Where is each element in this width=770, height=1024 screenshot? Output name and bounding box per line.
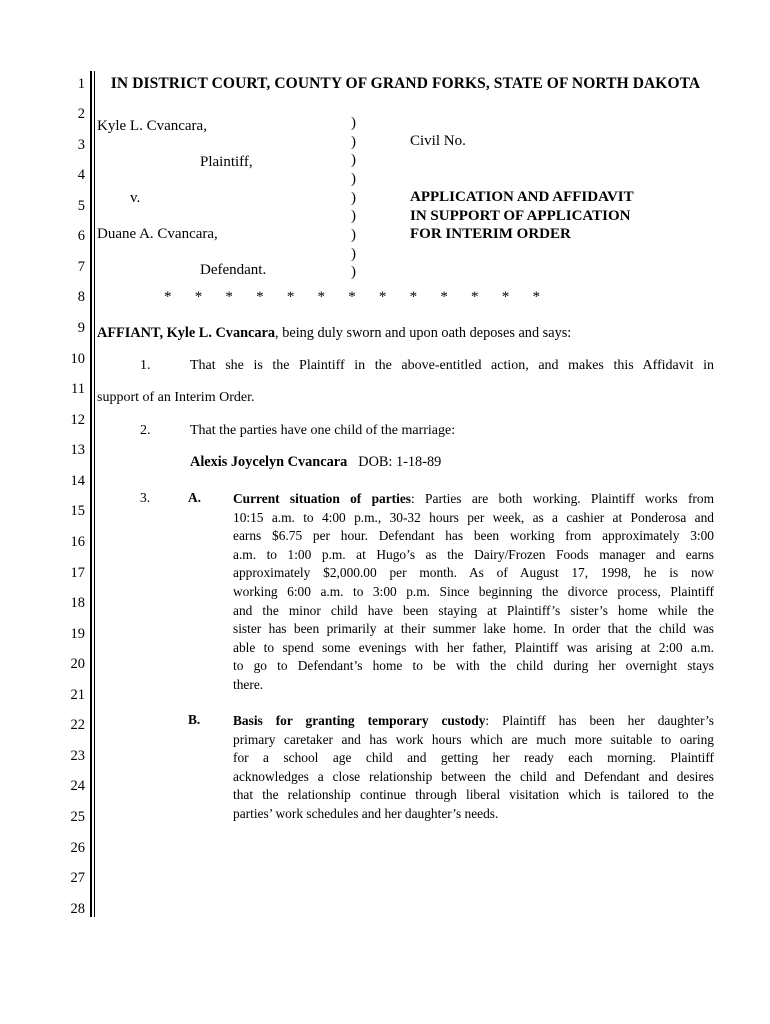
item-a-line: there. bbox=[233, 676, 714, 695]
court-title: IN DISTRICT COURT, COUNTY OF GRAND FORKS… bbox=[97, 74, 714, 93]
line-number: 16 bbox=[38, 535, 85, 566]
affiant-rest: , being duly sworn and upon oath deposes… bbox=[275, 325, 571, 341]
item-a-line: a.m. to 1:00 p.m. at Hugo’s as the Dairy… bbox=[233, 546, 714, 565]
caption-paren: ) bbox=[351, 245, 356, 264]
line-number: 17 bbox=[38, 566, 85, 597]
item-b-lead-line: Basis for granting temporary custody: Pl… bbox=[233, 712, 714, 731]
caption-paren: ) bbox=[351, 226, 356, 245]
caption-paren: ) bbox=[351, 114, 356, 133]
item-a-text: Current situation of parties: Parties ar… bbox=[233, 490, 714, 695]
item-a-line: able to spend some evenings with her fat… bbox=[233, 639, 714, 658]
line-number: 10 bbox=[38, 352, 85, 383]
line-number: 18 bbox=[38, 596, 85, 627]
item-b-line: primary caretaker and has work hours whi… bbox=[233, 731, 714, 750]
item-a-line: to go to Defendant’s home to be with the… bbox=[233, 657, 714, 676]
paragraph-3-number: 3. bbox=[140, 490, 150, 506]
asterisk: * bbox=[410, 289, 418, 306]
line-number: 22 bbox=[38, 718, 85, 749]
pleading-rule-inner bbox=[94, 71, 95, 917]
paragraph-1-line-1: 1. That she is the Plaintiff in the abov… bbox=[97, 358, 714, 374]
item-a-line: sister has been primarily at their summe… bbox=[233, 620, 714, 639]
line-number: 26 bbox=[38, 841, 85, 872]
item-a-lead-rest: : Parties are both working. Plaintiff wo… bbox=[411, 491, 714, 506]
asterisk: * bbox=[348, 289, 356, 306]
child-dob: DOB: 1-18-89 bbox=[358, 454, 441, 470]
item-b-line: acknowledges a close relationship betwee… bbox=[233, 768, 714, 787]
line-number: 20 bbox=[38, 657, 85, 688]
asterisk: * bbox=[318, 289, 326, 306]
asterisk: * bbox=[164, 289, 172, 306]
line-number: 24 bbox=[38, 779, 85, 810]
line-number: 2 bbox=[38, 107, 85, 138]
plaintiff-name: Kyle L. Cvancara, bbox=[97, 117, 207, 135]
line-number: 8 bbox=[38, 290, 85, 321]
paragraph-1-number: 1. bbox=[140, 358, 151, 374]
paragraph-2-text: That the parties have one child of the m… bbox=[190, 423, 714, 439]
line-number: 19 bbox=[38, 627, 85, 658]
paragraph-2-number: 2. bbox=[140, 423, 151, 439]
asterisk: * bbox=[287, 289, 295, 306]
versus-label: v. bbox=[130, 189, 140, 207]
item-b-text: Basis for granting temporary custody: Pl… bbox=[233, 712, 714, 824]
line-number: 28 bbox=[38, 902, 85, 933]
item-b-line: that the relationship continue through l… bbox=[233, 786, 714, 805]
item-b-lines: primary caretaker and has work hours whi… bbox=[233, 731, 714, 824]
line-number: 4 bbox=[38, 168, 85, 199]
line-number: 7 bbox=[38, 260, 85, 291]
affiant-paragraph: AFFIANT, Kyle L. Cvancara, being duly sw… bbox=[97, 325, 714, 342]
asterisk: * bbox=[471, 289, 479, 306]
item-a-lines: 10:15 a.m. to 4:00 p.m., 30-32 hours per… bbox=[233, 509, 714, 695]
paragraph-1-line-2: support of an Interim Order. bbox=[97, 390, 714, 406]
line-number: 21 bbox=[38, 688, 85, 719]
document-title-line: IN SUPPORT OF APPLICATION bbox=[410, 207, 634, 226]
item-a-line: working 6:00 a.m. to 3:00 p.m. Since beg… bbox=[233, 583, 714, 602]
document-page: 1234567891011121314151617181920212223242… bbox=[0, 0, 770, 1024]
item-a-line: earns $6.75 per hour. Defendant has been… bbox=[233, 527, 714, 546]
item-a-letter: A. bbox=[188, 490, 201, 506]
asterisk: * bbox=[532, 289, 540, 306]
line-number: 25 bbox=[38, 810, 85, 841]
affiant-lead: AFFIANT, Kyle L. Cvancara bbox=[97, 325, 275, 341]
item-b-letter: B. bbox=[188, 712, 200, 728]
asterisk: * bbox=[502, 289, 510, 306]
paragraph-3-item-b: B. Basis for granting temporary custody:… bbox=[97, 712, 714, 824]
item-a-line: and the minor child have been staying at… bbox=[233, 602, 714, 621]
caption-paren: ) bbox=[351, 151, 356, 170]
item-a-line: 10:15 a.m. to 4:00 p.m., 30-32 hours per… bbox=[233, 509, 714, 528]
plaintiff-label: Plaintiff, bbox=[200, 153, 253, 171]
line-number: 15 bbox=[38, 504, 85, 535]
item-b-lead-bold: Basis for granting temporary custody bbox=[233, 713, 485, 728]
pleading-rule-outer bbox=[90, 71, 92, 917]
line-number: 1 bbox=[38, 77, 85, 108]
caption-paren: ) bbox=[351, 133, 356, 152]
item-a-lead-line: Current situation of parties: Parties ar… bbox=[233, 490, 714, 509]
asterisk: * bbox=[440, 289, 448, 306]
line-number: 6 bbox=[38, 229, 85, 260]
caption-paren: ) bbox=[351, 207, 356, 226]
item-a-line: approximately $2,000.00 per month. As of… bbox=[233, 564, 714, 583]
asterisk-separator: ************* bbox=[164, 289, 540, 306]
paragraph-3-item-a: 3. A. Current situation of parties: Part… bbox=[97, 490, 714, 695]
line-number: 27 bbox=[38, 871, 85, 902]
line-number: 14 bbox=[38, 474, 85, 505]
line-number: 5 bbox=[38, 199, 85, 230]
child-name: Alexis Joycelyn Cvancara bbox=[190, 454, 347, 470]
caption-paren: ) bbox=[351, 189, 356, 208]
asterisk: * bbox=[195, 289, 203, 306]
civil-no-label: Civil No. bbox=[410, 133, 466, 150]
caption-paren: ) bbox=[351, 263, 356, 282]
defendant-name: Duane A. Cvancara, bbox=[97, 225, 218, 243]
item-b-line: parties’ work schedules and her daughter… bbox=[233, 805, 714, 824]
line-number: 3 bbox=[38, 138, 85, 169]
line-number: 13 bbox=[38, 443, 85, 474]
paragraph-1-text: That she is the Plaintiff in the above-e… bbox=[190, 358, 714, 374]
document-title: APPLICATION AND AFFIDAVITIN SUPPORT OF A… bbox=[410, 188, 634, 244]
line-number-column: 1234567891011121314151617181920212223242… bbox=[38, 77, 85, 933]
paragraph-2: 2. That the parties have one child of th… bbox=[97, 423, 714, 439]
child-name-line: Alexis Joycelyn CvancaraDOB: 1-18-89 bbox=[190, 454, 441, 471]
asterisk: * bbox=[225, 289, 233, 306]
item-a-lead-bold: Current situation of parties bbox=[233, 491, 411, 506]
caption-paren-column: ))))))))) bbox=[351, 114, 356, 282]
line-number: 9 bbox=[38, 321, 85, 352]
caption-paren: ) bbox=[351, 170, 356, 189]
line-number: 23 bbox=[38, 749, 85, 780]
document-title-line: FOR INTERIM ORDER bbox=[410, 225, 634, 244]
defendant-label: Defendant. bbox=[200, 261, 266, 279]
asterisk: * bbox=[256, 289, 264, 306]
line-number: 11 bbox=[38, 382, 85, 413]
document-title-line: APPLICATION AND AFFIDAVIT bbox=[410, 188, 634, 207]
item-b-lead-rest: : Plaintiff has been her daughter’s bbox=[485, 713, 714, 728]
line-number: 12 bbox=[38, 413, 85, 444]
asterisk: * bbox=[379, 289, 387, 306]
item-b-line: for a school age child and getting her r… bbox=[233, 749, 714, 768]
